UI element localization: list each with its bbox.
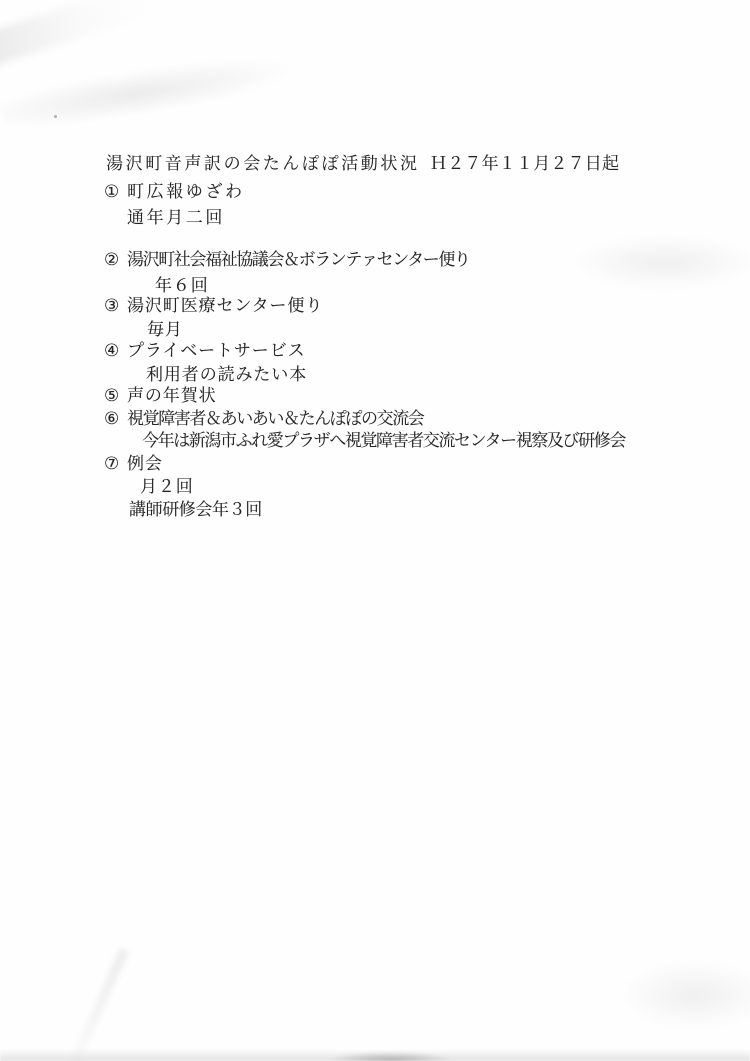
document-title: 湯沢町音声訳の会たんぽぽ活動状況: [106, 155, 420, 174]
item-1-label: 町広報ゆざわ: [127, 182, 245, 202]
item-7-note: 講師研修会年３回: [129, 501, 262, 520]
scan-crease: [570, 235, 750, 290]
list-item-6: ⑥視覚障害者＆あいあい＆たんぽぽの交流会: [104, 410, 423, 429]
scan-edge-shadow: [0, 1049, 750, 1061]
scanned-document-page: 湯沢町音声訳の会たんぽぽ活動状況 Ｈ２７年１１月２７日起 ①町広報ゆざわ 通年月…: [0, 0, 750, 1061]
scan-crease: [0, 0, 161, 71]
item-5-label: 声の年賀状: [127, 386, 217, 406]
item-7-note: 月２回: [140, 478, 194, 497]
scan-crease: [0, 45, 301, 133]
document-date: Ｈ２７年１１月２７日起: [430, 155, 619, 174]
item-7-number: ⑦: [104, 455, 127, 474]
item-5-number: ⑤: [104, 387, 127, 406]
list-item-5: ⑤声の年賀状: [104, 387, 217, 406]
item-3-label: 湯沢町医療センター便り: [127, 296, 323, 316]
item-6-label: 視覚障害者＆あいあい＆たんぽぽの交流会: [127, 409, 423, 429]
scan-speck: [54, 115, 57, 118]
scan-crease: [71, 948, 129, 1061]
item-1-note: 通年月二回: [127, 209, 225, 228]
list-item-7: ⑦例会: [104, 455, 163, 474]
scan-smudge: [620, 960, 750, 1030]
item-6-number: ⑥: [104, 410, 127, 429]
list-item-1: ①町広報ゆざわ: [104, 183, 245, 202]
item-4-label: プライベートサービス: [127, 341, 306, 361]
list-item-2: ②湯沢町社会福祉協議会＆ボランテァセンター便り: [104, 251, 470, 270]
item-4-note: 利用者の読みたい本: [146, 366, 307, 385]
item-3-number: ③: [104, 297, 127, 316]
item-2-note: 年６回: [155, 277, 209, 296]
list-item-3: ③湯沢町医療センター便り: [104, 297, 323, 316]
item-2-label: 湯沢町社会福祉協議会＆ボランテァセンター便り: [127, 250, 470, 270]
item-7-label: 例会: [127, 454, 163, 474]
list-item-4: ④プライベートサービス: [104, 342, 306, 361]
item-1-number: ①: [104, 183, 127, 202]
item-2-number: ②: [104, 251, 127, 270]
item-6-note: 今年は新潟市ふれ愛プラザへ視覚障害者交流センター視察及び研修会: [142, 432, 625, 451]
item-3-note: 毎月: [147, 321, 183, 340]
scan-edge-smudge: [330, 1052, 450, 1061]
item-4-number: ④: [104, 342, 127, 361]
